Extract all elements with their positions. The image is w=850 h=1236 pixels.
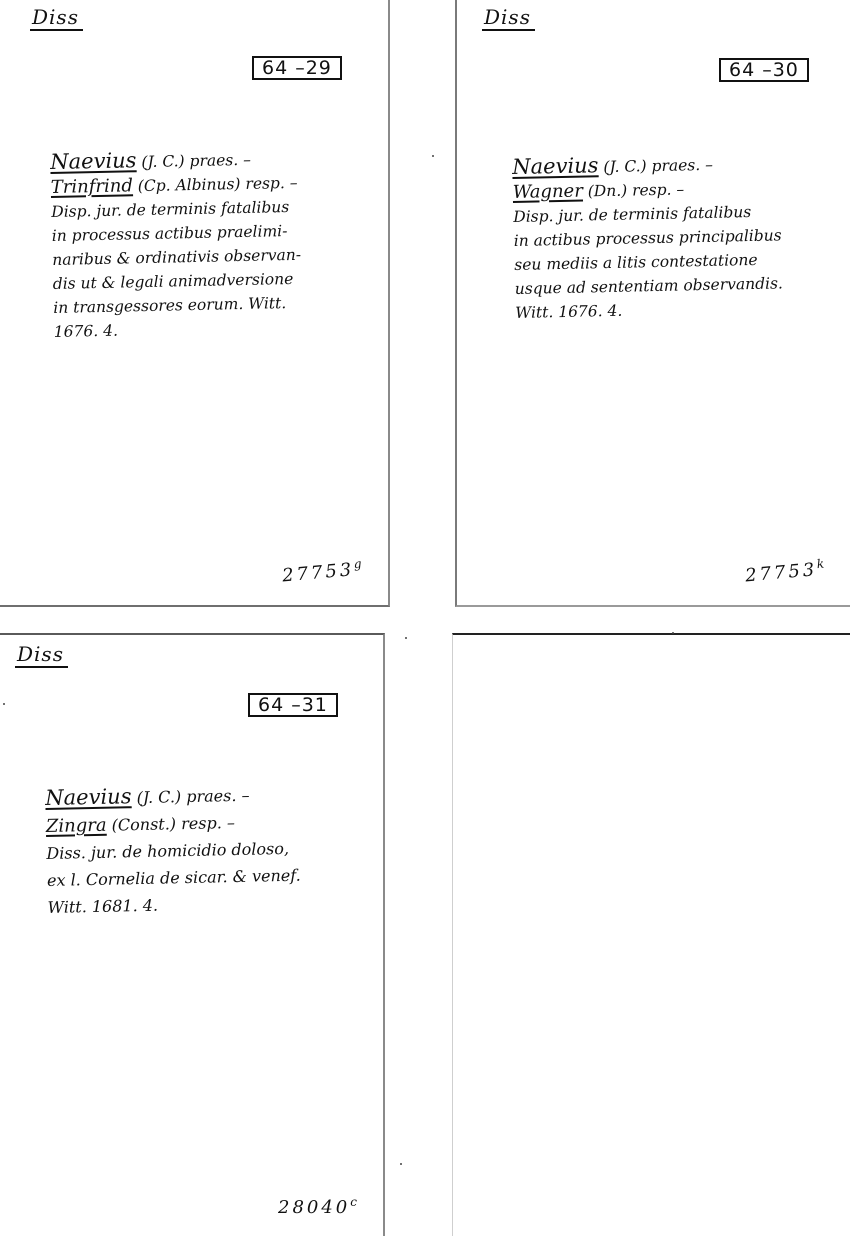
title-line: Witt. 1676. 4. bbox=[515, 295, 784, 325]
category-label: Diss bbox=[482, 6, 535, 31]
call-number: 64 –29 bbox=[252, 56, 342, 80]
title-line: 1676. 4. bbox=[54, 315, 303, 344]
respondent-names: (Const.) bbox=[111, 814, 176, 834]
accession-value: 28040 bbox=[278, 1197, 350, 1218]
scan-speck bbox=[432, 155, 434, 157]
respondent-name: Zingra bbox=[46, 815, 107, 837]
scan-speck bbox=[405, 637, 407, 639]
author-name: Naevius bbox=[512, 153, 599, 179]
accession-suffix: k bbox=[816, 557, 824, 572]
catalog-card-64-29: Diss 64 –29 Naevius (J. C.) praes. – Tri… bbox=[0, 0, 390, 607]
author-role: praes. – bbox=[189, 151, 251, 170]
author-name: Naevius bbox=[50, 148, 137, 174]
scan-speck bbox=[400, 1163, 402, 1165]
accession-number: 28040c bbox=[278, 1195, 357, 1218]
call-number: 64 –30 bbox=[719, 58, 809, 82]
catalog-card-64-31: Diss 64 –31 Naevius (J. C.) praes. – Zin… bbox=[0, 633, 385, 1236]
author-initials: (J. C.) bbox=[141, 152, 185, 171]
accession-suffix: c bbox=[350, 1195, 357, 1209]
respondent-names: (Cp. Albinus) bbox=[138, 175, 241, 195]
catalog-entry: Naevius (J. C.) praes. – Trinfrind (Cp. … bbox=[50, 145, 303, 344]
accession-value: 27753 bbox=[744, 559, 818, 586]
catalog-entry: Naevius (J. C.) praes. – Wagner (Dn.) re… bbox=[512, 149, 784, 325]
author-name: Naevius bbox=[45, 784, 132, 810]
respondent-role: resp. – bbox=[632, 180, 684, 199]
accession-value: 27753 bbox=[281, 559, 355, 586]
title-line: Witt. 1681. 4. bbox=[47, 889, 301, 921]
title-line: ex l. Cornelia de sicar. & venef. bbox=[47, 862, 301, 894]
author-initials: (J. C.) bbox=[136, 787, 181, 807]
respondent-role: resp. – bbox=[181, 813, 235, 833]
author-initials: (J. C.) bbox=[603, 157, 647, 176]
category-label: Diss bbox=[30, 6, 83, 31]
scan-speck bbox=[3, 703, 5, 705]
accession-number: 27753g bbox=[281, 557, 363, 587]
scan-speck bbox=[672, 632, 674, 634]
catalog-card-64-30: Diss 64 –30 Naevius (J. C.) praes. – Wag… bbox=[455, 0, 850, 607]
accession-suffix: g bbox=[353, 557, 362, 572]
respondent-names: (Dn.) bbox=[588, 182, 628, 201]
call-number: 64 –31 bbox=[248, 693, 338, 717]
accession-number: 27753k bbox=[744, 557, 825, 587]
blank-catalog-card bbox=[452, 633, 850, 1236]
respondent-name: Trinfrind bbox=[51, 175, 134, 198]
author-role: praes. – bbox=[651, 156, 713, 175]
author-role: praes. – bbox=[186, 786, 250, 806]
category-label: Diss bbox=[15, 643, 68, 668]
respondent-role: resp. – bbox=[245, 174, 297, 193]
respondent-name: Wagner bbox=[513, 181, 583, 203]
catalog-entry: Naevius (J. C.) praes. – Zingra (Const.)… bbox=[45, 780, 302, 921]
